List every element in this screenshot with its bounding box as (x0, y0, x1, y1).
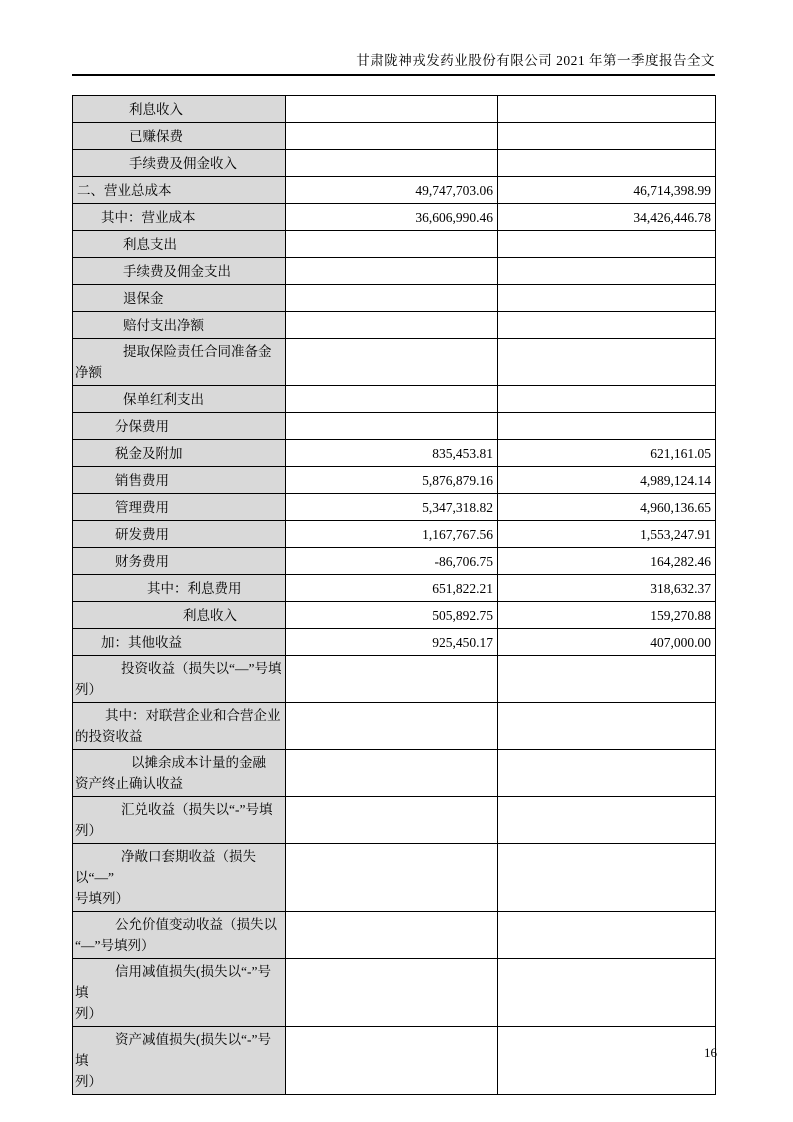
row-label-cell: 提取保险责任合同准备金 净额 (73, 339, 286, 386)
row-current-period-value (286, 312, 498, 339)
row-prior-period-value: 46,714,398.99 (498, 177, 716, 204)
row-current-period-value (286, 339, 498, 386)
row-label-cell: 退保金 (73, 285, 286, 312)
row-current-period-value: 651,822.21 (286, 575, 498, 602)
header-rule (72, 74, 715, 76)
table-row: 保单红利支出 (73, 386, 716, 413)
row-prior-period-value: 34,426,446.78 (498, 204, 716, 231)
row-label-cell: 公允价值变动收益（损失以 “—”号填列） (73, 912, 286, 959)
table-row: 其中：利息费用651,822.21318,632.37 (73, 575, 716, 602)
row-prior-period-value (498, 312, 716, 339)
row-label-cell: 汇兑收益（损失以“-”号填列） (73, 797, 286, 844)
table-row: 利息收入 (73, 96, 716, 123)
row-prior-period-value (498, 339, 716, 386)
row-label-cell: 资产减值损失(损失以“-”号填 列） (73, 1027, 286, 1095)
row-prior-period-value (498, 703, 716, 750)
row-prior-period-value (498, 231, 716, 258)
table-row: 加：其他收益925,450.17407,000.00 (73, 629, 716, 656)
table-row: 已赚保费 (73, 123, 716, 150)
row-prior-period-value: 407,000.00 (498, 629, 716, 656)
report-page: 甘肃陇神戎发药业股份有限公司 2021 年第一季度报告全文 利息收入已赚保费手续… (0, 0, 793, 1122)
row-label-cell: 分保费用 (73, 413, 286, 440)
row-label-cell: 其中：营业成本 (73, 204, 286, 231)
row-prior-period-value (498, 1027, 716, 1095)
table-row: 利息支出 (73, 231, 716, 258)
row-prior-period-value: 164,282.46 (498, 548, 716, 575)
row-label-cell: 其中：利息费用 (73, 575, 286, 602)
row-label-cell: 赔付支出净额 (73, 312, 286, 339)
row-prior-period-value: 159,270.88 (498, 602, 716, 629)
row-current-period-value (286, 656, 498, 703)
statement-table-body: 利息收入已赚保费手续费及佣金收入二、营业总成本49,747,703.0646,7… (73, 96, 716, 1095)
row-prior-period-value (498, 258, 716, 285)
row-label-cell: 销售费用 (73, 467, 286, 494)
row-label-cell: 手续费及佣金收入 (73, 150, 286, 177)
row-prior-period-value (498, 656, 716, 703)
row-prior-period-value (498, 285, 716, 312)
row-current-period-value (286, 231, 498, 258)
table-row: 汇兑收益（损失以“-”号填列） (73, 797, 716, 844)
row-label-cell: 其中：对联营企业和合营企业 的投资收益 (73, 703, 286, 750)
row-current-period-value: 36,606,990.46 (286, 204, 498, 231)
row-label-cell: 投资收益（损失以“—”号填 列） (73, 656, 286, 703)
row-current-period-value: 505,892.75 (286, 602, 498, 629)
row-current-period-value (286, 912, 498, 959)
row-current-period-value (286, 750, 498, 797)
row-prior-period-value (498, 386, 716, 413)
table-row: 以摊余成本计量的金融 资产终止确认收益 (73, 750, 716, 797)
row-label-cell: 二、营业总成本 (73, 177, 286, 204)
row-current-period-value (286, 96, 498, 123)
table-row: 其中：对联营企业和合营企业 的投资收益 (73, 703, 716, 750)
row-current-period-value (286, 703, 498, 750)
income-statement-table: 利息收入已赚保费手续费及佣金收入二、营业总成本49,747,703.0646,7… (72, 95, 716, 1095)
row-current-period-value (286, 258, 498, 285)
row-prior-period-value (498, 96, 716, 123)
row-current-period-value (286, 844, 498, 912)
row-current-period-value (286, 413, 498, 440)
table-row: 手续费及佣金收入 (73, 150, 716, 177)
row-current-period-value (286, 959, 498, 1027)
table-row: 分保费用 (73, 413, 716, 440)
row-prior-period-value: 1,553,247.91 (498, 521, 716, 548)
row-prior-period-value: 4,989,124.14 (498, 467, 716, 494)
table-row: 研发费用1,167,767.561,553,247.91 (73, 521, 716, 548)
table-row: 提取保险责任合同准备金 净额 (73, 339, 716, 386)
row-label-cell: 利息收入 (73, 96, 286, 123)
report-header-title: 甘肃陇神戎发药业股份有限公司 2021 年第一季度报告全文 (72, 0, 715, 70)
page-content: 甘肃陇神戎发药业股份有限公司 2021 年第一季度报告全文 利息收入已赚保费手续… (72, 0, 715, 1095)
row-prior-period-value (498, 413, 716, 440)
table-row: 赔付支出净额 (73, 312, 716, 339)
row-label-cell: 保单红利支出 (73, 386, 286, 413)
row-current-period-value: 5,876,879.16 (286, 467, 498, 494)
row-current-period-value (286, 1027, 498, 1095)
page-number: 16 (704, 1046, 717, 1060)
table-row: 管理费用5,347,318.824,960,136.65 (73, 494, 716, 521)
table-row: 信用减值损失(损失以“-”号填 列） (73, 959, 716, 1027)
row-prior-period-value (498, 750, 716, 797)
row-label-cell: 财务费用 (73, 548, 286, 575)
row-prior-period-value: 621,161.05 (498, 440, 716, 467)
row-current-period-value: -86,706.75 (286, 548, 498, 575)
table-row: 销售费用5,876,879.164,989,124.14 (73, 467, 716, 494)
row-prior-period-value (498, 912, 716, 959)
table-row: 税金及附加835,453.81621,161.05 (73, 440, 716, 467)
table-row: 公允价值变动收益（损失以 “—”号填列） (73, 912, 716, 959)
row-current-period-value: 925,450.17 (286, 629, 498, 656)
row-current-period-value (286, 150, 498, 177)
row-current-period-value: 5,347,318.82 (286, 494, 498, 521)
row-current-period-value (286, 386, 498, 413)
row-prior-period-value: 318,632.37 (498, 575, 716, 602)
row-prior-period-value (498, 959, 716, 1027)
table-row: 其中：营业成本36,606,990.4634,426,446.78 (73, 204, 716, 231)
row-current-period-value (286, 797, 498, 844)
table-row: 利息收入505,892.75159,270.88 (73, 602, 716, 629)
table-row: 净敞口套期收益（损失以“—” 号填列） (73, 844, 716, 912)
row-label-cell: 加：其他收益 (73, 629, 286, 656)
row-label-cell: 利息收入 (73, 602, 286, 629)
row-prior-period-value (498, 797, 716, 844)
row-label-cell: 税金及附加 (73, 440, 286, 467)
row-label-cell: 已赚保费 (73, 123, 286, 150)
row-label-cell: 以摊余成本计量的金融 资产终止确认收益 (73, 750, 286, 797)
row-current-period-value (286, 285, 498, 312)
table-row: 手续费及佣金支出 (73, 258, 716, 285)
row-label-cell: 管理费用 (73, 494, 286, 521)
table-row: 资产减值损失(损失以“-”号填 列） (73, 1027, 716, 1095)
row-label-cell: 信用减值损失(损失以“-”号填 列） (73, 959, 286, 1027)
row-prior-period-value (498, 844, 716, 912)
row-current-period-value: 49,747,703.06 (286, 177, 498, 204)
row-prior-period-value (498, 150, 716, 177)
row-label-cell: 手续费及佣金支出 (73, 258, 286, 285)
row-current-period-value: 835,453.81 (286, 440, 498, 467)
row-label-cell: 研发费用 (73, 521, 286, 548)
table-row: 退保金 (73, 285, 716, 312)
row-label-cell: 净敞口套期收益（损失以“—” 号填列） (73, 844, 286, 912)
table-row: 二、营业总成本49,747,703.0646,714,398.99 (73, 177, 716, 204)
row-prior-period-value (498, 123, 716, 150)
row-prior-period-value: 4,960,136.65 (498, 494, 716, 521)
row-current-period-value: 1,167,767.56 (286, 521, 498, 548)
row-current-period-value (286, 123, 498, 150)
row-label-cell: 利息支出 (73, 231, 286, 258)
table-row: 财务费用-86,706.75164,282.46 (73, 548, 716, 575)
table-row: 投资收益（损失以“—”号填 列） (73, 656, 716, 703)
